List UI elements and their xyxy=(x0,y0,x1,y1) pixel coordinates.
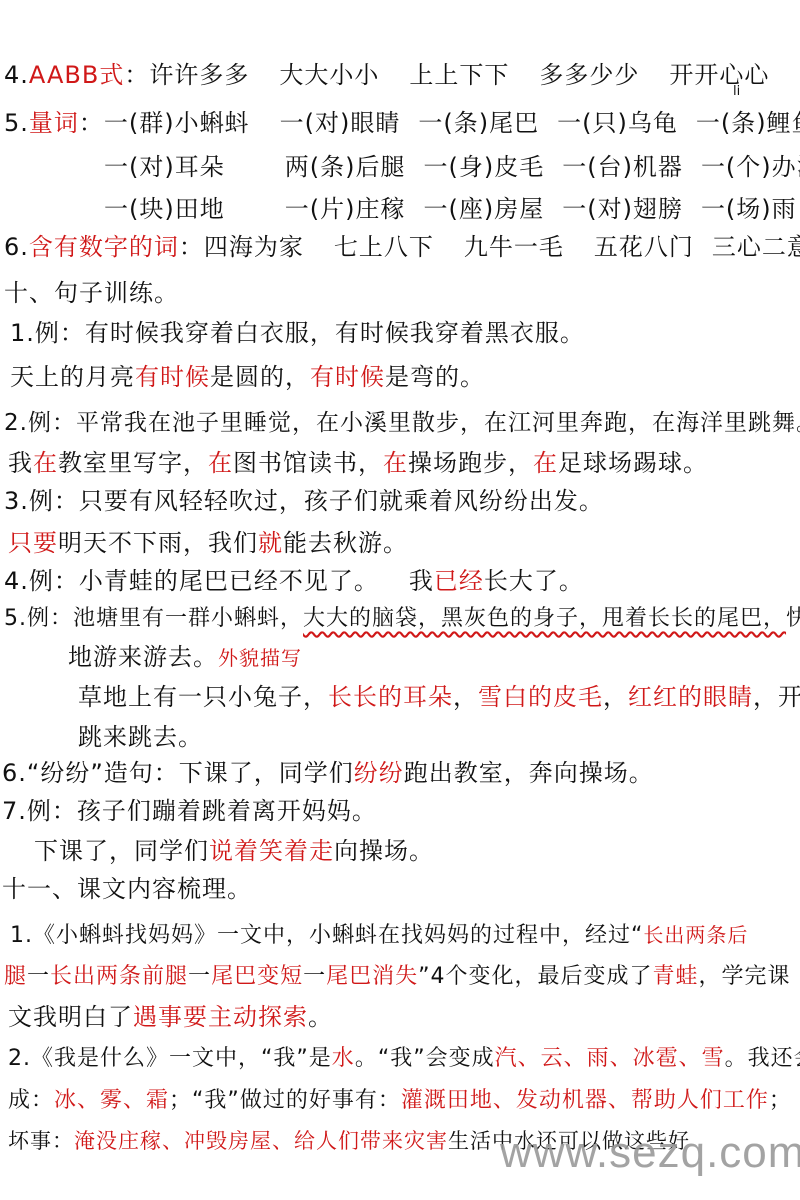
underlined-description: 大大的脑袋，黑灰色的身子，甩着长长的尾巴， xyxy=(303,606,786,631)
highlight: 雪白的皮毛 xyxy=(478,683,603,711)
measure-word: 一(对)眼睛 xyxy=(280,109,401,137)
idiom: 七上八下 xyxy=(334,233,434,261)
colon: ： xyxy=(179,233,204,261)
example-label: 7.例： xyxy=(2,797,77,825)
example-4: 4.例：小青蛙的尾巴已经不见了。我已经长大了。 xyxy=(4,564,584,598)
text: 快活 xyxy=(786,606,800,631)
measure-word: 一(对)耳朵 xyxy=(104,153,225,181)
text: 文我明白了 xyxy=(8,1003,133,1031)
text: ， xyxy=(603,683,628,711)
measure-word: 一(条)鲤鱼 xyxy=(696,109,800,137)
example-7: 7.例：孩子们蹦着跳着离开妈妈。 xyxy=(2,794,377,828)
idiom: 五花八门 xyxy=(594,233,694,261)
review-item-1-line-3: 文我明白了遇事要主动探索。 xyxy=(8,1000,333,1034)
word: 许许多多 xyxy=(149,61,249,89)
idiom: 四海为家 xyxy=(204,233,304,261)
section-number: 6. xyxy=(4,233,29,261)
text: 天上的月亮 xyxy=(10,363,135,391)
section-aabb: 4.AABB式：许许多多大大小小上上下下多多少少开开心心 xyxy=(4,58,769,92)
answer-3: 只要明天不下雨，我们就能去秋游。 xyxy=(8,526,408,560)
idiom: 三心二意 xyxy=(712,233,800,261)
example-sentence: 小青蛙的尾巴已经不见了。 xyxy=(79,567,379,595)
text: 是弯的。 xyxy=(385,363,485,391)
text: 足球场踢球。 xyxy=(558,449,708,477)
example-label: 4.例： xyxy=(4,567,79,595)
text: 教室里写字， xyxy=(58,449,208,477)
answer-7: 下课了，同学们说着笑着走向操场。 xyxy=(34,834,434,868)
text: 向操场。 xyxy=(334,837,434,865)
highlight: 有时候 xyxy=(135,363,210,391)
word: 大大小小 xyxy=(279,61,379,89)
text: ，学完课 xyxy=(699,964,791,989)
heading-text-review: 十一、课文内容梳理。 xyxy=(2,872,252,906)
highlight: 只要 xyxy=(8,529,58,557)
text: 能去秋游。 xyxy=(283,529,408,557)
margin-note: 外貌描写 xyxy=(218,646,302,670)
heading-sentence-training: 十、句子训练。 xyxy=(4,276,179,310)
section-measure-words: 5.量词：一(群)小蝌蚪一(对)眼睛一(条)尾巴一(只)乌龟一(条)鲤鱼 xyxy=(4,106,800,140)
highlight: 尾巴消失 xyxy=(326,964,418,989)
highlight: 汽、云、雨、冰雹、雪 xyxy=(495,1046,725,1071)
measure-word: 一(对)翅膀 xyxy=(562,195,683,223)
example-6: 6.“纷纷”造句：下课了，同学们纷纷跑出教室，奔向操场。 xyxy=(2,756,654,790)
example-label: 6.“纷纷”造句： xyxy=(2,759,179,787)
highlight: 青蛙 xyxy=(653,964,699,989)
review-item-1-line-1: 1.《小蝌蚪找妈妈》一文中，小蝌蚪在找妈妈的过程中，经过“长出两条后 xyxy=(10,918,748,953)
highlight: 淹没庄稼、冲毁房屋、给人们带来灾害 xyxy=(74,1129,448,1153)
text: ； xyxy=(769,1088,792,1113)
highlight: 灌溉田地、发动机器、帮助人们工作 xyxy=(401,1088,769,1113)
answer-5: 草地上有一只小兔子，长长的耳朵，雪白的皮毛，红红的眼睛，开心地 xyxy=(78,680,800,714)
measure-word: 一(块)田地 xyxy=(104,195,225,223)
highlight: 长出两条后 xyxy=(643,923,748,947)
pinyin-annotation: li xyxy=(733,84,740,99)
answer-1: 天上的月亮有时候是圆的，有时候是弯的。 xyxy=(10,360,485,394)
measure-word: 一(台)机器 xyxy=(562,153,683,181)
review-item-1-line-2: 腿一长出两条前腿一尾巴变短一尾巴消失”4个变化，最后变成了青蛙，学完课 xyxy=(4,960,791,994)
text: ”4个变化，最后变成了 xyxy=(418,964,652,989)
example-label: 2.例： xyxy=(4,410,76,436)
highlight: 长长的耳朵 xyxy=(328,683,453,711)
highlight: 长出两条前腿 xyxy=(50,964,188,989)
text: 成： xyxy=(8,1088,54,1113)
text: ；“我”做过的好事有： xyxy=(169,1088,401,1113)
text: 长大了。 xyxy=(484,567,584,595)
review-item-2-line-2: 成：冰、雾、霜；“我”做过的好事有：灌溉田地、发动机器、帮助人们工作； xyxy=(8,1084,792,1118)
measure-word: 一(场)雨 xyxy=(701,195,797,223)
section-number: 4. xyxy=(4,61,29,89)
highlight: 纷纷 xyxy=(354,759,404,787)
measure-word: 一(条)尾巴 xyxy=(418,109,539,137)
text: ，开心地 xyxy=(753,683,800,711)
watermark: www.sezq.com xyxy=(500,1128,800,1178)
highlight: 尾巴变短 xyxy=(211,964,303,989)
highlight: 有时候 xyxy=(310,363,385,391)
text: 草地上有一只小兔子， xyxy=(78,683,328,711)
text: 图书馆读书， xyxy=(233,449,383,477)
example-label: 5.例： xyxy=(4,606,73,631)
word: 多多少少 xyxy=(539,61,639,89)
text: 是圆的， xyxy=(210,363,310,391)
measure-word: 一(只)乌龟 xyxy=(557,109,678,137)
measure-words-row-3: 一(块)田地一(片)庄稼一(座)房屋一(对)翅膀一(场)雨 xyxy=(104,192,797,226)
colon: ： xyxy=(79,109,104,137)
highlight: 水 xyxy=(332,1046,355,1071)
text: 操场跑步， xyxy=(408,449,533,477)
highlight: 在 xyxy=(383,449,408,477)
text: 明天不下雨，我们 xyxy=(58,529,258,557)
highlight: 红红的眼睛 xyxy=(628,683,753,711)
text: 我 xyxy=(8,449,33,477)
text: 下课了，同学们 xyxy=(179,759,354,787)
section-title: 含有数字的词 xyxy=(29,233,179,261)
highlight: 说着笑着走 xyxy=(209,837,334,865)
text: 下课了，同学们 xyxy=(34,837,209,865)
text: 坏事： xyxy=(8,1129,74,1153)
example-1: 1.例：有时候我穿着白衣服，有时候我穿着黑衣服。 xyxy=(10,316,585,350)
highlight: 已经 xyxy=(434,567,484,595)
measure-word: 一(片)庄稼 xyxy=(285,195,406,223)
text: 跑出教室，奔向操场。 xyxy=(404,759,654,787)
answer-2: 我在教室里写字，在图书馆读书，在操场跑步，在足球场踢球。 xyxy=(8,446,708,480)
text: 池塘里有一群小蝌蚪， xyxy=(73,606,303,631)
measure-word: 一(座)房屋 xyxy=(423,195,544,223)
text: 我 xyxy=(409,567,434,595)
text: 2.《我是什么》一文中，“我”是 xyxy=(8,1046,332,1071)
highlight: 遇事要主动探索 xyxy=(133,1003,308,1031)
text: 1.《小蝌蚪找妈妈》一文中，小蝌蚪在找妈妈的过程中，经过“ xyxy=(10,923,643,948)
highlight: 腿 xyxy=(4,964,27,989)
word: 开开心心 xyxy=(669,61,769,89)
measure-word: 一(身)皮毛 xyxy=(423,153,544,181)
example-sentence: 孩子们蹦着跳着离开妈妈。 xyxy=(77,797,377,825)
dash: 一 xyxy=(27,964,50,989)
colon: ： xyxy=(124,61,149,89)
handwritten-notes-page: 4.AABB式：许许多多大大小小上上下下多多少少开开心心 li 5.量词：一(群… xyxy=(0,0,800,1200)
text: ， xyxy=(453,683,478,711)
dash: 一 xyxy=(188,964,211,989)
word: 上上下下 xyxy=(409,61,509,89)
highlight: 在 xyxy=(208,449,233,477)
text: 地游来游去。 xyxy=(68,643,218,671)
review-item-2-line-1: 2.《我是什么》一文中，“我”是水。“我”会变成汽、云、雨、冰雹、雪。我还会变 xyxy=(8,1042,800,1076)
measure-words-row-2: 一(对)耳朵两(条)后腿一(身)皮毛一(台)机器一(个)办法 xyxy=(104,150,800,184)
section-title: 量词 xyxy=(29,109,79,137)
section-number-idioms: 6.含有数字的词：四海为家七上八下九牛一毛五花八门三心二意 xyxy=(4,230,800,264)
highlight: 在 xyxy=(33,449,58,477)
example-sentence: 有时候我穿着白衣服，有时候我穿着黑衣服。 xyxy=(85,319,585,347)
example-label: 3.例： xyxy=(4,487,79,515)
highlight: 在 xyxy=(533,449,558,477)
measure-word: 一(群)小蝌蚪 xyxy=(104,109,250,137)
section-title: AABB式 xyxy=(29,61,124,89)
example-sentence: 只要有风轻轻吹过，孩子们就乘着风纷纷出发。 xyxy=(79,487,604,515)
example-5: 5.例：池塘里有一群小蝌蚪，大大的脑袋，黑灰色的身子，甩着长长的尾巴，快活 xyxy=(4,602,800,636)
highlight: 就 xyxy=(258,529,283,557)
answer-5-line-2: 跳来跳去。 xyxy=(78,720,203,754)
measure-word: 一(个)办法 xyxy=(701,153,800,181)
example-sentence: 平常我在池子里睡觉，在小溪里散步，在江河里奔跑，在海洋里跳舞。 xyxy=(76,410,800,436)
example-label: 1.例： xyxy=(10,319,85,347)
idiom: 九牛一毛 xyxy=(464,233,564,261)
dash: 一 xyxy=(303,964,326,989)
text: 。“我”会变成 xyxy=(355,1046,495,1071)
example-2: 2.例：平常我在池子里睡觉，在小溪里散步，在江河里奔跑，在海洋里跳舞。 xyxy=(4,406,800,440)
example-5-line-2: 地游来游去。外貌描写 xyxy=(68,640,302,675)
example-3: 3.例：只要有风轻轻吹过，孩子们就乘着风纷纷出发。 xyxy=(4,484,604,518)
section-number: 5. xyxy=(4,109,29,137)
highlight: 冰、雾、霜 xyxy=(54,1088,169,1113)
text: 。 xyxy=(308,1003,333,1031)
text: 。我还会变 xyxy=(725,1046,800,1071)
measure-word: 两(条)后腿 xyxy=(285,153,406,181)
